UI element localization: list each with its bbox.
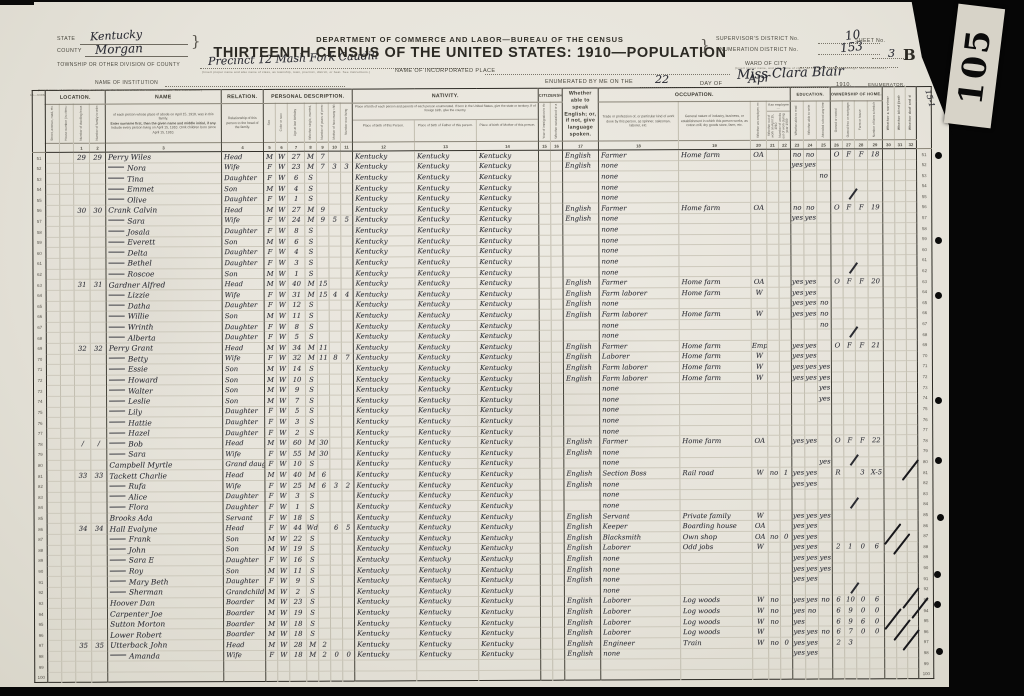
cell-in <box>680 404 752 415</box>
cell-im <box>540 511 552 522</box>
cell-in <box>680 574 752 585</box>
cell-ym: 11 <box>317 342 329 353</box>
relation-note: Relationship of this person to the head … <box>222 115 263 130</box>
column-number: 31 <box>894 140 905 149</box>
cell-o2: F <box>844 435 856 446</box>
cell-df <box>906 350 917 361</box>
cell-ow <box>768 383 780 394</box>
cell-rl: Head <box>222 342 264 353</box>
cell-em: OA <box>751 202 767 213</box>
right-line-number: 89 <box>918 552 933 563</box>
cell-ow <box>767 223 779 234</box>
cell-vt <box>884 446 896 457</box>
right-line-number: 95 <box>919 615 934 626</box>
cell-nm: Mary Beth <box>107 576 223 587</box>
cell-ow <box>767 266 779 277</box>
cell-oc: none <box>600 574 680 585</box>
cell-bp: Kentucky <box>354 586 416 597</box>
cell-rl: Daughter <box>223 502 265 513</box>
cell-nm: Gardner Alfred <box>106 279 222 290</box>
cell-lg: English <box>564 511 600 522</box>
cell-mb: Kentucky <box>479 638 541 649</box>
cell-lg: English <box>565 649 601 660</box>
cell-mb: Kentucky <box>479 628 541 639</box>
cell-hs <box>62 630 76 641</box>
film-top-nub <box>0 0 34 5</box>
cell-fm <box>90 216 106 227</box>
cell-ym <box>317 310 329 321</box>
cell-rd <box>791 223 804 234</box>
cell-vt <box>883 191 895 202</box>
cell-oc: Laborer <box>601 616 681 627</box>
cell-dw <box>76 651 92 662</box>
cell-im <box>539 267 551 278</box>
cell-em <box>753 669 769 680</box>
cell-rl: Grandchild <box>223 586 265 597</box>
cell-fm <box>91 407 107 418</box>
cell-o1 <box>832 520 844 531</box>
county-value: Morgan <box>95 41 143 57</box>
cell-nm: Nora <box>106 162 222 173</box>
cell-cb <box>330 469 342 480</box>
cell-wr <box>804 191 817 202</box>
cell-ym <box>317 194 329 205</box>
cell-ow <box>767 170 779 181</box>
cell-fb: Kentucky <box>415 182 477 193</box>
cell-ym <box>319 671 331 682</box>
cell-em: W <box>753 637 769 648</box>
cell-im <box>539 309 551 320</box>
cell-fb: Kentucky <box>416 479 478 490</box>
cell-st <box>47 471 61 482</box>
cell-rd <box>791 245 804 256</box>
cell-sc: no <box>818 595 832 606</box>
cell-o1 <box>832 488 844 499</box>
cell-fb: Kentucky <box>416 586 478 597</box>
cell-o1: R <box>832 467 844 478</box>
cell-lg: English <box>564 479 600 490</box>
cell-ms: S <box>305 268 317 279</box>
cell-nm: Hazel <box>107 427 223 438</box>
cell-rd <box>792 425 805 436</box>
cell-mb <box>479 660 541 671</box>
cell-o1 <box>831 255 843 266</box>
cell-lg: English <box>563 341 599 352</box>
cell-st <box>46 301 60 312</box>
employer-label: Whether an employer, employee, or workin… <box>757 103 761 138</box>
line-number: 73 <box>34 386 47 397</box>
cell-oc: Blacksmith <box>600 532 680 543</box>
cell-fb: Kentucky <box>415 225 477 236</box>
cell-nm: Tina <box>106 173 222 184</box>
cell-oc: none <box>599 330 679 341</box>
cell-st <box>47 492 61 503</box>
cell-im <box>540 405 552 416</box>
cell-im <box>539 193 551 204</box>
cell-o1: 2 <box>833 637 845 648</box>
cell-o1 <box>831 160 843 171</box>
cell-mb: Kentucky <box>477 278 539 289</box>
cell-o2 <box>844 552 856 563</box>
cell-cr: W <box>277 586 289 597</box>
cell-bl <box>895 180 906 191</box>
cell-wr: yes <box>805 531 818 542</box>
cell-wr: yes <box>804 340 817 351</box>
cell-sx: F <box>264 332 276 343</box>
if-employee-note: If an employee— <box>767 102 790 111</box>
cell-o4 <box>869 488 884 499</box>
cell-em <box>751 319 767 330</box>
cell-cb <box>330 597 342 608</box>
cell-o4: 0 <box>870 626 885 637</box>
cell-ag: 31 <box>288 289 305 300</box>
cell-ms: S <box>307 618 319 629</box>
cell-rd: yes <box>793 637 806 648</box>
cell-hs <box>61 460 75 471</box>
cell-rd <box>792 393 805 404</box>
cell-sx: M <box>265 470 277 481</box>
cell-ms: S <box>306 501 318 512</box>
cell-im <box>540 575 552 586</box>
cell-lg: English <box>563 299 599 310</box>
cell-dw <box>75 587 91 598</box>
column-number: 24 <box>803 140 816 149</box>
cell-bp: Kentucky <box>355 649 417 660</box>
cell-oc: Engineer <box>601 638 681 649</box>
cell-mb: Kentucky <box>477 256 539 267</box>
right-line-number: 70 <box>917 350 932 361</box>
cell-ms: M <box>306 438 318 449</box>
cell-im <box>539 331 551 342</box>
cell-sx: F <box>264 247 276 258</box>
cell-o3 <box>857 669 870 680</box>
cell-rl <box>224 671 266 682</box>
cell-ag: 10 <box>289 459 306 470</box>
cell-df <box>906 308 917 319</box>
cell-o3: F <box>855 149 868 160</box>
ditto-mark <box>109 316 125 317</box>
cell-nm: Emmet <box>106 183 222 194</box>
cell-cl <box>342 501 354 512</box>
cell-df <box>907 393 918 404</box>
cell-o2 <box>843 287 855 298</box>
cell-in <box>679 266 751 277</box>
cell-mb: Kentucky <box>478 575 540 586</box>
cell-wk <box>779 192 791 203</box>
ditto-mark <box>109 379 125 380</box>
cell-rl: Boarder <box>223 597 265 608</box>
cell-in: Own shop <box>680 531 752 542</box>
cell-sx: M <box>264 374 276 385</box>
cell-o4 <box>869 478 884 489</box>
cell-vt <box>883 297 895 308</box>
cell-o4: 18 <box>868 149 883 160</box>
punch-dot <box>937 514 944 521</box>
cell-cb <box>329 300 341 311</box>
cell-o4 <box>869 531 884 542</box>
cell-nm: Sherman <box>107 587 223 598</box>
cell-ag: 18 <box>290 629 307 640</box>
line-number: 56 <box>33 205 46 216</box>
cell-cl <box>341 310 353 321</box>
ditto-mark <box>110 496 126 497</box>
cell-rl: Daughter <box>223 417 265 428</box>
cell-ym <box>317 247 329 258</box>
cell-em <box>751 170 767 181</box>
cell-wk <box>779 160 791 171</box>
cell-rl: Boarder <box>224 608 266 619</box>
cell-dw <box>74 237 90 248</box>
cell-em: W <box>752 510 768 521</box>
cell-em <box>751 245 767 256</box>
cell-hs <box>62 651 76 662</box>
cell-o3 <box>855 223 868 234</box>
cell-lg: English <box>563 309 599 320</box>
cell-ow <box>769 627 781 638</box>
cell-oc <box>601 669 681 680</box>
cell-oc: Servant <box>600 510 680 521</box>
col-immigration: Year of immigration to the United States <box>538 102 550 141</box>
cell-o1 <box>832 393 844 404</box>
cell-bl <box>896 424 907 435</box>
cell-vt <box>883 223 895 234</box>
cell-sx: M <box>265 586 277 597</box>
cell-ag: 19 <box>290 607 307 618</box>
cell-im <box>540 522 552 533</box>
cell-mb: Kentucky <box>478 394 540 405</box>
cell-dw: 29 <box>73 152 89 163</box>
cell-cl <box>341 194 353 205</box>
cell-ms: M <box>306 470 318 481</box>
cell-hs <box>61 418 75 429</box>
cell-df <box>906 233 917 244</box>
cell-oc: none <box>600 489 680 500</box>
cell-o3 <box>855 287 868 298</box>
cell-sc <box>818 435 832 446</box>
cell-in <box>680 563 752 574</box>
cell-fb: Kentucky <box>416 469 478 480</box>
cell-cb <box>331 671 343 682</box>
cell-na <box>553 649 565 660</box>
cell-ag: 8 <box>288 321 305 332</box>
cell-cl <box>342 427 354 438</box>
cell-sx: F <box>264 215 276 226</box>
cell-dw <box>75 513 91 524</box>
line-number: 65 <box>33 301 46 312</box>
cell-em <box>752 552 768 563</box>
cell-rd: no <box>791 202 804 213</box>
cell-mb: Kentucky <box>478 553 540 564</box>
cell-nm: Carpenter Joe <box>108 608 224 619</box>
cell-wr: yes <box>804 160 817 171</box>
cell-o2: 3 <box>845 637 857 648</box>
cell-ym <box>318 512 330 523</box>
cell-na <box>551 171 563 182</box>
cell-in <box>679 171 751 182</box>
right-line-number: 52 <box>917 159 932 170</box>
ditto-mark <box>110 538 126 539</box>
cell-wr <box>805 382 818 393</box>
cell-sc <box>817 191 831 202</box>
cell-cr: W <box>277 480 289 491</box>
cell-bl <box>896 435 907 446</box>
cell-wk <box>779 149 791 160</box>
cell-in <box>680 584 752 595</box>
cell-hs <box>61 555 75 566</box>
right-line-number: 82 <box>918 477 933 488</box>
cell-im <box>540 426 552 437</box>
cell-lg <box>563 320 599 331</box>
right-line-number: 98 <box>919 647 934 658</box>
cell-im <box>540 585 552 596</box>
cell-em <box>752 489 768 500</box>
cell-lg: English <box>563 161 599 172</box>
cell-o3 <box>857 658 870 669</box>
cell-fb: Kentucky <box>415 331 477 342</box>
cell-o4: 6 <box>869 594 884 605</box>
cell-df <box>906 223 917 234</box>
cell-in <box>679 255 751 266</box>
write-label: Whether able to write <box>808 105 812 135</box>
marital-label: Whether single, married, widowed, or div… <box>309 105 313 140</box>
cell-lg: English <box>564 436 600 447</box>
cell-mb: Kentucky <box>478 490 540 501</box>
cell-oc: Farmer <box>599 150 679 161</box>
cell-df <box>906 340 917 351</box>
cell-wr <box>806 658 819 669</box>
cell-ms: S <box>306 491 318 502</box>
right-line-number: 80 <box>918 456 933 467</box>
cell-ms: S <box>305 183 317 194</box>
cell-cl <box>342 384 354 395</box>
cell-wr: yes <box>806 626 819 637</box>
cell-cr: W <box>277 544 289 555</box>
cell-cl: 2 <box>342 480 354 491</box>
cell-rd <box>791 192 804 203</box>
cell-wr: yes <box>805 573 818 584</box>
cell-bp: Kentucky <box>354 395 416 406</box>
cell-na <box>552 415 564 426</box>
cell-o3 <box>856 552 869 563</box>
cell-bp: Kentucky <box>354 480 416 491</box>
cell-vt <box>883 159 895 170</box>
cell-in: Home farm <box>679 277 751 288</box>
cell-wr: yes <box>805 467 818 478</box>
cell-hs <box>60 227 74 238</box>
cell-ym <box>318 501 330 512</box>
cell-bl <box>896 446 907 457</box>
cell-na <box>553 606 565 617</box>
cell-ow <box>767 351 779 362</box>
cell-o3 <box>855 212 868 223</box>
cell-st <box>46 365 60 376</box>
cell-ow <box>768 574 780 585</box>
cell-nm <box>108 671 224 682</box>
cell-sx: M <box>265 597 277 608</box>
cell-oc: none <box>599 319 679 330</box>
cell-bp: Kentucky <box>354 384 416 395</box>
col-owned: Owned or rented <box>830 101 842 140</box>
cell-vt <box>883 308 895 319</box>
cell-wk <box>781 658 793 669</box>
cell-sx: M <box>264 204 276 215</box>
cell-nm: Sara <box>106 215 222 226</box>
cell-nm: Bob <box>107 438 223 449</box>
ditto-mark <box>108 262 124 263</box>
cell-wk <box>780 414 792 425</box>
cell-ag <box>290 671 307 682</box>
cell-wr <box>804 223 817 234</box>
cell-st <box>46 343 60 354</box>
cell-cl <box>341 268 353 279</box>
cell-na <box>551 214 563 225</box>
cell-df <box>906 255 917 266</box>
cell-hs <box>61 471 75 482</box>
cell-im <box>540 564 552 575</box>
cell-sx: M <box>264 268 276 279</box>
cell-ow: no <box>769 616 781 627</box>
cell-sc <box>818 404 832 415</box>
cell-dw <box>74 375 90 386</box>
cell-ow <box>767 308 779 319</box>
cell-ag: 44 <box>289 523 306 534</box>
cell-im <box>539 203 551 214</box>
cell-o4 <box>868 372 883 383</box>
cell-hs <box>61 598 75 609</box>
group-personal-description: PERSONAL DESCRIPTION. <box>263 89 352 103</box>
cell-st <box>48 651 62 662</box>
cell-o2: F <box>843 340 855 351</box>
cell-mb: Kentucky <box>477 320 539 331</box>
cell-hs <box>60 301 74 312</box>
cell-hs <box>61 587 75 598</box>
cell-o2: 10 <box>844 594 856 605</box>
cell-rd <box>792 446 805 457</box>
ditto-mark <box>109 432 125 433</box>
right-line-number: 54 <box>917 180 932 191</box>
cell-o4 <box>869 509 884 520</box>
cell-cr: W <box>277 597 289 608</box>
cell-rl: Daughter <box>223 576 265 587</box>
cell-mb: Kentucky <box>478 585 540 596</box>
group-occupation: OCCUPATION. <box>598 87 790 102</box>
cell-o4: 6 <box>869 541 884 552</box>
cell-sx: F <box>265 459 277 470</box>
cell-cl <box>343 618 355 629</box>
cell-ag: 28 <box>290 639 307 650</box>
cell-st <box>46 280 60 291</box>
cell-hs <box>61 407 75 418</box>
cell-cb: 8 <box>329 353 341 364</box>
line-number: 91 <box>34 577 47 588</box>
cell-o1: 6 <box>833 626 845 637</box>
cell-lg: English <box>563 362 599 373</box>
cell-cr: W <box>276 374 288 385</box>
cell-rd: yes <box>791 276 804 287</box>
cell-bl <box>895 159 906 170</box>
cell-cl <box>342 512 354 523</box>
col-age: Age at last birthday <box>287 103 304 142</box>
cell-hs <box>60 216 74 227</box>
cell-o3 <box>855 234 868 245</box>
cell-hs <box>60 163 74 174</box>
cell-o3 <box>856 510 869 521</box>
cell-bp: Kentucky <box>353 183 415 194</box>
cell-df <box>907 573 918 584</box>
cell-fb: Kentucky <box>415 151 477 162</box>
cell-o2 <box>843 213 855 224</box>
cell-o4: 19 <box>868 202 883 213</box>
